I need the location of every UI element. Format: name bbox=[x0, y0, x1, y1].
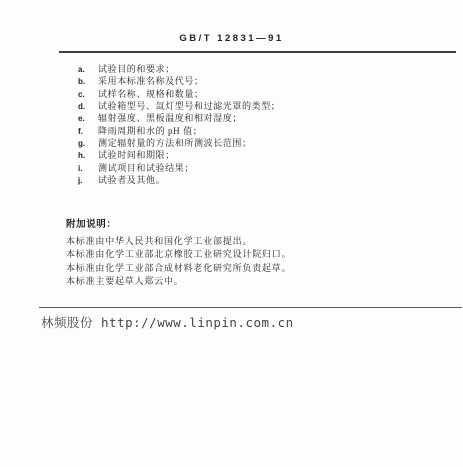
list-item: f. 降雨周期和水的 pH 值； bbox=[78, 125, 418, 137]
list-item-label: i. bbox=[78, 163, 98, 175]
list-item: d. 试验箱型号、氙灯型号和过滤光罩的类型； bbox=[78, 100, 418, 112]
footer-rule bbox=[39, 307, 462, 308]
list-item-text: 降雨周期和水的 pH 值； bbox=[98, 125, 202, 137]
list-item: b. 采用本标准名称及代号； bbox=[78, 75, 418, 87]
requirements-list: a. 试验目的和要求； b. 采用本标准名称及代号； c. 试样名称、规格和数量… bbox=[78, 63, 418, 186]
standard-number-header: GB/T 12831—91 bbox=[0, 33, 463, 44]
additional-notes-line: 本标准由化学工业部北京橡胶工业研究设计院归口。 bbox=[66, 248, 406, 261]
additional-notes-section: 附加说明： 本标准由中华人民共和国化学工业部提出。 本标准由化学工业部北京橡胶工… bbox=[66, 219, 406, 288]
list-item-label: a. bbox=[78, 64, 98, 76]
list-item: e. 辐射强度、黑板温度和相对湿度； bbox=[78, 112, 418, 124]
list-item-label: j. bbox=[78, 175, 98, 187]
list-item: i. 测试项目和试验结果； bbox=[78, 162, 418, 174]
additional-notes-line: 本标准主要起草人郑云中。 bbox=[66, 275, 406, 288]
document-page: GB/T 12831—91 a. 试验目的和要求； b. 采用本标准名称及代号；… bbox=[0, 0, 463, 467]
list-item: c. 试样名称、规格和数量； bbox=[78, 88, 418, 100]
list-item-label: h. bbox=[78, 150, 98, 162]
list-item-label: e. bbox=[78, 113, 98, 125]
list-item-label: d. bbox=[78, 101, 98, 113]
list-item-label: b. bbox=[78, 76, 98, 88]
list-item-label: g. bbox=[78, 138, 98, 150]
list-item: j. 试验者及其他。 bbox=[78, 174, 418, 186]
list-item: a. 试验目的和要求； bbox=[78, 63, 418, 75]
list-item-text: 试验者及其他。 bbox=[98, 174, 165, 186]
additional-notes-line: 本标准由中华人民共和国化学工业部提出。 bbox=[66, 235, 406, 248]
list-item-text: 测试项目和试验结果； bbox=[98, 162, 194, 174]
list-item-text: 测定辐射量的方法和所测波长范围； bbox=[98, 137, 252, 149]
additional-notes-heading: 附加说明： bbox=[66, 219, 406, 232]
list-item-text: 采用本标准名称及代号； bbox=[98, 75, 204, 87]
list-item-label: f. bbox=[78, 126, 98, 138]
list-item-text: 试验目的和要求； bbox=[98, 63, 175, 75]
list-item-text: 试验时间和期限； bbox=[98, 149, 175, 161]
list-item-label: c. bbox=[78, 89, 98, 101]
footer-watermark: 林频股份 http://www.linpin.com.cn bbox=[41, 313, 294, 331]
list-item: h. 试验时间和期限； bbox=[78, 149, 418, 161]
additional-notes-line: 本标准由化学工业部合成材料老化研究所负责起草。 bbox=[66, 262, 406, 275]
list-item-text: 试样名称、规格和数量； bbox=[98, 88, 204, 100]
list-item-text: 辐射强度、黑板温度和相对湿度； bbox=[98, 112, 242, 124]
list-item: g. 测定辐射量的方法和所测波长范围； bbox=[78, 137, 418, 149]
header-rule bbox=[59, 51, 456, 53]
list-item-text: 试验箱型号、氙灯型号和过滤光罩的类型； bbox=[98, 100, 280, 112]
